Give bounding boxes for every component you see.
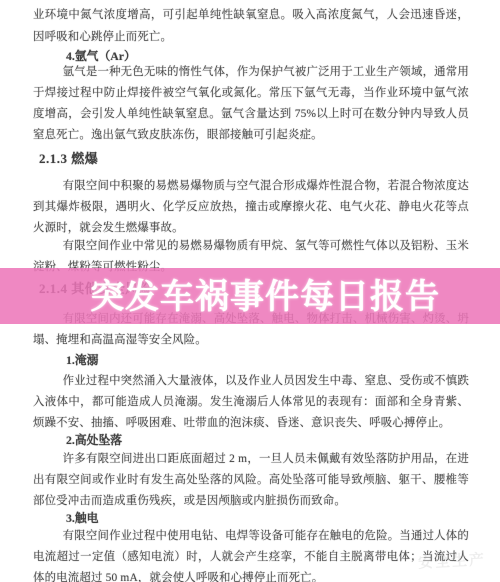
paragraph-argon-gas: 氩气是一种无色无味的惰性气体，作为保护气被广泛用于工业生产领域，通常用于焊接过程… bbox=[33, 62, 469, 146]
heading-drowning: 1.淹溺 bbox=[66, 351, 98, 368]
paragraph-nitrogen-asphyxia: 业环境中氮气浓度增高，可引起单纯性缺氧窒息。吸入高浓度氮气，人会迅速昏迷，因呼吸… bbox=[33, 4, 469, 48]
paragraph-drowning: 作业过程中突然涌入大量液体，以及作业人员因发生中毒、窒息、受伤或不慎跌入液体中，… bbox=[33, 371, 469, 434]
watermark-text: 安全生产 bbox=[417, 548, 486, 573]
paragraph-explosion-mixture: 有限空间中积聚的易燃易爆物质与空气混合形成爆炸性混合物，若混合物浓度达到其爆炸极… bbox=[33, 176, 469, 239]
paragraph-fall-from-height: 许多有限空间进出口距底面超过 2 m，一旦人员未佩戴有效坠落防护用品，在进出有限… bbox=[33, 449, 469, 512]
heading-section-2-1-3-combustion-explosion: 2.1.3 燃爆 bbox=[39, 148, 98, 167]
banner-title: 突发车祸事件每日报告 bbox=[60, 269, 440, 318]
document-page: 业环境中氮气浓度增高，可引起单纯性缺氧窒息。吸入高浓度氮气，人会迅速昏迷，因呼吸… bbox=[0, 0, 500, 582]
overlay-banner: 突发车祸事件每日报告 bbox=[0, 268, 500, 324]
heading-fall-from-height: 2.高处坠落 bbox=[66, 431, 122, 448]
paragraph-electric-shock: 有限空间作业过程中使用电钻、电焊等设备可能存在触电的危险。当通过人体的电流超过一… bbox=[33, 526, 469, 582]
heading-electric-shock: 3.触电 bbox=[66, 509, 98, 526]
